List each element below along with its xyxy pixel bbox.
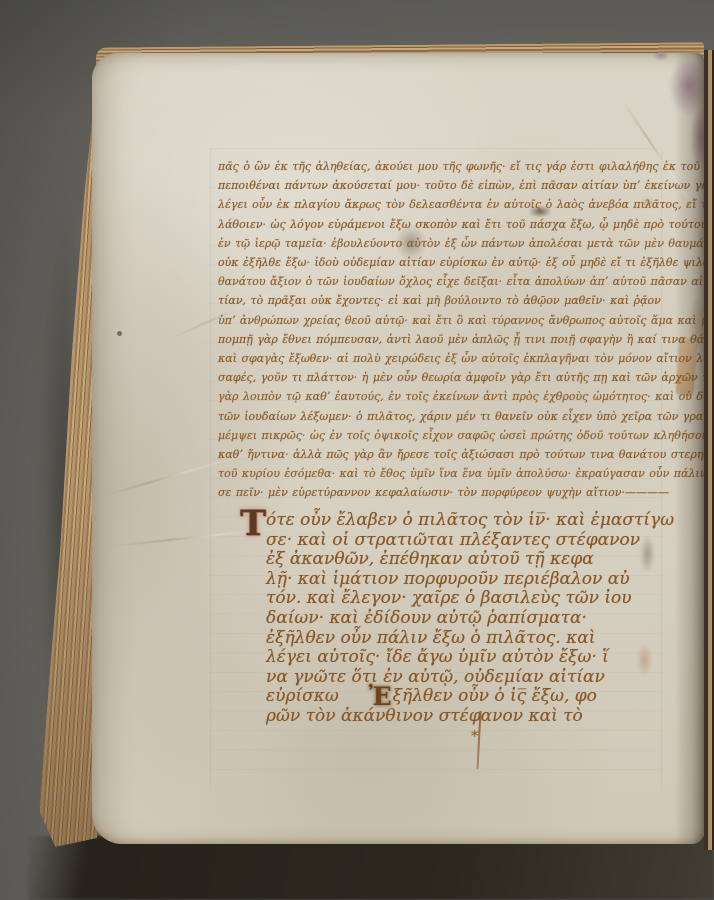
- book-shadow: [28, 836, 714, 900]
- commentary-text-block: πᾶς ὁ ὢν ἐκ τῆς ἀληθείας, ἀκούει μου τῆς…: [218, 157, 688, 503]
- gospel-line: να γνῶτε ὅτι ἐν αὐτῷ, οὐδεμίαν αἰτίαν: [266, 668, 626, 688]
- gray-smudge-stain: [640, 535, 655, 573]
- commentary-line: τῶν ἰουδαίων λέξωμεν· ὁ πιλᾶτος, χάριν μ…: [218, 407, 688, 426]
- gospel-line-text: ότε οὖν ἔλαβεν ὁ πιλᾶτος τὸν ἰν̅· καὶ ἐμ…: [266, 510, 674, 530]
- commentary-line: πομπῇ γὰρ ἔθνει πόμπευσαν, ἀντὶ λαοῦ μὲν…: [218, 330, 688, 349]
- gospel-line: ἐξ ἀκανθῶν, ἐπέθηκαν αὐτοῦ τῇ κεφα: [266, 550, 626, 570]
- speck-stain: [117, 331, 122, 336]
- commentary-line: καθʼ ἥντινα· ἀλλὰ πῶς γὰρ ἂν ἤρεσε τοῖς …: [218, 445, 688, 464]
- gospel-line: εὑρίσκω Ἐ ξῆλθεν οὖν ὁ ἰς̅ ἔξω, φο: [266, 687, 626, 707]
- gospel-line: δαίων· καὶ ἐδίδουν αὐτῷ ῥαπίσματα·: [266, 609, 626, 629]
- commentary-line: καὶ σφαγὰς ἔξωθεν· αἱ πολὺ χειρώδεις ἐξ …: [218, 349, 688, 368]
- gospel-line-text: ξῆλθεν οὖν ὁ ἰς̅ ἔξω, φο: [393, 687, 597, 707]
- gospel-line: λέγει αὐτοῖς· ἴδε ἄγω ὑμῖν αὐτὸν ἔξω· ἵ: [266, 648, 626, 668]
- initial-epsilon: Ἐ: [369, 687, 392, 707]
- commentary-line: πᾶς ὁ ὢν ἐκ τῆς ἀληθείας, ἀκούει μου τῆς…: [218, 157, 688, 176]
- gospel-line: Τότε οὖν ἔλαβεν ὁ πιλᾶτος τὸν ἰν̅· καὶ ἐ…: [266, 511, 626, 531]
- commentary-line: λάθοιεν· ὡς λόγον εὑράμενοι ἔξω σκοπὸν κ…: [218, 215, 688, 234]
- gospel-line: σε· καὶ οἱ στρατιῶται πλέξαντες στέφανον: [266, 531, 626, 551]
- commentary-line: θανάτου ἄξιον ὁ τῶν ἰουδαίων ὄχλος εἶχε …: [218, 272, 688, 291]
- commentary-line: τοῦ κυρίου ἐσόμεθα· καὶ τὸ ἔθος ὑμῖν ἵνα…: [218, 464, 688, 483]
- gospel-line: τόν. καὶ ἔλεγον· χαῖρε ὁ βασιλεὺς τῶν ἰο…: [266, 589, 626, 609]
- commentary-line: γὰρ λοιπὸν τῷ καθʼ ἑαυτούς, ἐν τοῖς ἐκεί…: [218, 387, 688, 406]
- gospel-line: ρῶν τὸν ἀκάνθινον στέφανον καὶ τὸ: [266, 707, 626, 727]
- commentary-line: μέμψει πικρῶς· ὡς ἐν τοῖς ὀψικοῖς εἶχον …: [218, 426, 688, 445]
- commentary-line: τίαν, τὸ πρᾶξαι οὐκ ἔχοντες· εἰ καὶ μὴ β…: [218, 291, 688, 310]
- parchment-page: πᾶς ὁ ὢν ἐκ τῆς ἀληθείας, ἀκούει μου τῆς…: [92, 53, 704, 844]
- commentary-line: ἐν τῷ ἱερῷ ταμεῖα· ἐβουλεύοντο αὐτὸν ἐξ …: [218, 234, 688, 253]
- commentary-line: ὑπʼ ἀνθρώπων χρείας θεοῦ αὐτῷ· καὶ ἔτι ὃ…: [218, 311, 688, 330]
- facing-page-edge: [704, 50, 714, 850]
- initial-tau: Τ: [240, 506, 266, 541]
- gospel-line: ἐξῆλθεν οὖν πάλιν ἔξω ὁ πιλᾶτος. καὶ: [266, 629, 626, 649]
- commentary-line: λέγει οὖν ἐκ πλαγίου ἄκρως τὸν δελεασθέν…: [218, 195, 688, 214]
- gospel-text-block: Τότε οὖν ἔλαβεν ὁ πιλᾶτος τὸν ἰν̅· καὶ ἐ…: [266, 511, 626, 727]
- commentary-line: οὐκ ἐξῆλθε ἔξω· ἰδοὺ οὐδεμίαν αἰτίαν εὑρ…: [218, 253, 688, 272]
- manuscript-photo: πᾶς ὁ ὢν ἐκ τῆς ἀληθείας, ἀκούει μου τῆς…: [0, 0, 714, 900]
- commentary-line: σαφές, γοῦν τι πλάττον· ἡ μὲν οὖν θεωρία…: [218, 368, 688, 387]
- commentary-line: πεποιθέναι πάντων ἀκούσεταί μου· τοῦτο δ…: [218, 176, 688, 195]
- commentary-line: σε πεῖν· μὲν εὑρετύραννον κεφαλαίωσιν· τ…: [218, 483, 688, 502]
- brown-blot-stain: [636, 643, 653, 677]
- gospel-line-text: εὑρίσκω: [266, 687, 339, 707]
- asterisk-mark: *: [471, 727, 479, 745]
- gutter-shadow: [674, 53, 704, 844]
- purple-stain: [652, 53, 670, 61]
- pen-flourish: *: [472, 711, 486, 773]
- gospel-line: λῇ· καὶ ἱμάτιον πορφυροῦν περιέβαλον αὐ: [266, 570, 626, 590]
